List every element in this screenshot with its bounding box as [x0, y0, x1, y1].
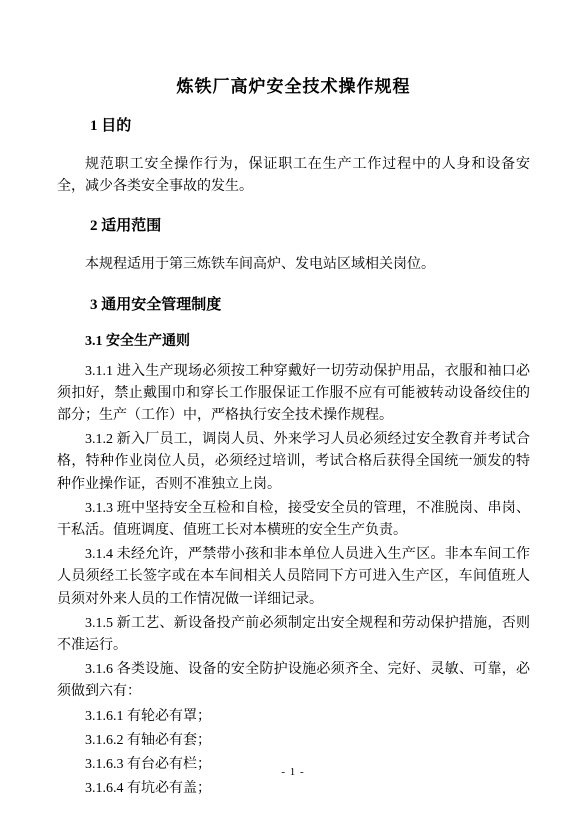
document-body: 1 目的规范职工安全操作行为，保证职工在生产工作过程中的人身和设备安全，减少各类…	[57, 116, 530, 800]
heading-h2: 3.1 安全生产通则	[57, 333, 530, 351]
paragraph: 规范职工安全操作行为，保证职工在生产工作过程中的人身和设备安全，减少各类安全事故…	[57, 154, 530, 198]
paragraph: 3.1.6.4 有坑必有盖；	[57, 778, 530, 800]
paragraph: 3.1.6.2 有轴必有套；	[57, 730, 530, 752]
paragraph: 3.1.2 新入厂员工，调岗人员、外来学习人员必须经过安全教育并考试合格，特种作…	[57, 429, 530, 496]
paragraph: 3.1.6 各类设施、设备的安全防护设施必须齐全、完好、灵敏、可靠，必须做到六有…	[57, 659, 530, 703]
document-title: 炼铁厂高炉安全技术操作规程	[57, 76, 530, 98]
heading-h1: 3 通用安全管理制度	[57, 295, 530, 315]
heading-h1: 2 适用范围	[57, 216, 530, 236]
paragraph: 3.1.6.1 有轮必有罩；	[57, 706, 530, 728]
paragraph: 3.1.4 未经允许，严禁带小孩和非本单位人员进入生产区。非本车间工作人员须经工…	[57, 544, 530, 611]
paragraph: 3.1.1 进入生产现场必须按工种穿戴好一切劳动保护用品，衣服和袖口必须扣好，禁…	[57, 361, 530, 428]
document-page: 炼铁厂高炉安全技术操作规程 1 目的规范职工安全操作行为，保证职工在生产工作过程…	[0, 0, 586, 831]
paragraph: 3.1.5 新工艺、新设备投产前必须制定出安全规程和劳动保护措施，否则不准运行。	[57, 613, 530, 657]
page-number: - 1 -	[0, 766, 586, 778]
paragraph: 3.1.3 班中坚持安全互检和自检，接受安全员的管理，不准脱岗、串岗、干私活。值…	[57, 498, 530, 542]
heading-h1: 1 目的	[57, 116, 530, 136]
paragraph: 本规程适用于第三炼铁车间高炉、发电站区域相关岗位。	[57, 254, 530, 276]
